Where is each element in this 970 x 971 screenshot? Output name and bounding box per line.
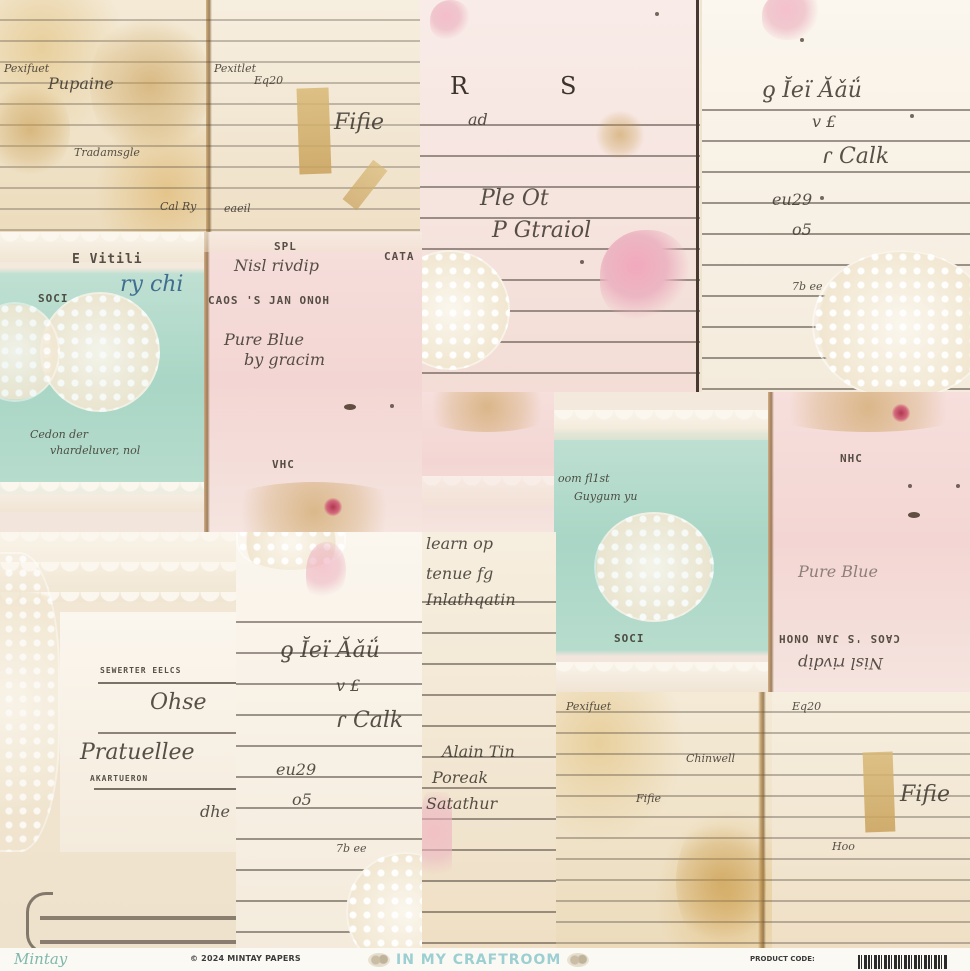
pink-label-left: SPL Nisl rivdip CAOS 'S JAN ONOH CATA Pu… — [204, 232, 422, 532]
collection-brand: IN MY CRAFTROOM — [368, 951, 589, 969]
product-footer: Mintay © 2024 MINTAY PAPERS IN MY CRAFTR… — [0, 948, 970, 971]
handwriting: Pure Blue — [224, 330, 304, 349]
stain — [768, 392, 970, 432]
form-rule — [40, 916, 236, 920]
mint-lace-center: SOCI oom fl1st Guygum yu — [554, 392, 768, 692]
ledger-strip-bottom-center: learn op tenue fg Inlathqatin Alain Tin … — [422, 532, 556, 948]
handwriting: v £ — [812, 112, 836, 131]
lace-trim — [0, 482, 204, 512]
card-subheading: AKARTUERON — [90, 774, 148, 783]
letter-script-top-right: ƍ Ĭeï Ӑǎǘ v £ ɾ Calk eu29 o5 7b ee — [702, 0, 970, 392]
pink-flower — [762, 0, 822, 40]
lace-trim — [422, 476, 554, 506]
handwriting: CAOS 'S JAN ONOH — [778, 632, 900, 645]
handwriting: SOCI — [614, 632, 645, 645]
card-line — [98, 682, 236, 684]
handwriting: ad — [468, 110, 488, 129]
handwriting: Eq20 — [792, 700, 821, 713]
pink-strip-center — [422, 392, 554, 532]
punch-hole — [344, 404, 356, 410]
handwriting: o5 — [292, 790, 312, 809]
form-rule — [40, 940, 236, 944]
bordered-card: SEWERTER EELCS Ohse Pratuellee AKARTUERO… — [60, 612, 236, 852]
bracket-glyph — [26, 892, 53, 948]
collection-name: IN MY CRAFTROOM — [396, 952, 561, 968]
handwriting: 7b ee — [792, 280, 823, 293]
ink-dot — [580, 260, 584, 264]
pink-label-right: NHC Pure Blue CAOS 'S JAN ONOH Nisl rivd… — [768, 392, 970, 692]
handwriting: Poreak — [432, 768, 488, 787]
pink-flower — [430, 0, 470, 40]
ink-dot — [908, 484, 912, 488]
handwriting: Pure Blue — [798, 562, 878, 581]
rose — [324, 498, 342, 516]
crease-line — [696, 0, 699, 392]
handwriting: P Gtraiol — [492, 218, 591, 243]
handwriting: oom fl1st — [558, 472, 610, 485]
handwriting: Alain Tin — [442, 742, 515, 761]
handwriting: o5 — [792, 220, 812, 239]
stain — [676, 812, 766, 948]
ink-dot — [956, 484, 960, 488]
handwriting: Nisl rivdip — [234, 256, 319, 275]
lace-flower — [594, 512, 714, 622]
scrapbook-paper-sheet: Pupaine Tradamsgle Pexifuet Cal Ry Eq20 … — [0, 0, 970, 948]
handwriting: Ple Ot — [480, 186, 549, 211]
ink-dot — [910, 114, 914, 118]
handwriting: by gracim — [244, 350, 325, 369]
handwriting: CATA — [384, 250, 415, 263]
stain — [422, 392, 554, 432]
handwriting: eaeil — [224, 202, 251, 215]
barcode-icon — [858, 955, 948, 969]
lace-frame-bottom-left: SEWERTER EELCS Ohse Pratuellee AKARTUERO… — [0, 532, 236, 948]
handwriting: Pexifuet — [4, 62, 49, 75]
ledger-bottom-center-right: Pexifuet Fifie Chinwell — [556, 692, 772, 948]
ledger-top-middle: Eq20 Pexitlet Fifie eaeil — [206, 0, 422, 240]
handwriting: dhe — [200, 802, 230, 821]
handwriting: Pupaine — [48, 74, 114, 93]
mintay-logo: Mintay — [14, 950, 67, 968]
mint-lace-left: SOCI E Vitili ry chi Cedon der vhardeluv… — [0, 232, 204, 532]
handwriting: Fifie — [636, 792, 661, 805]
handwriting: ƍ Ĭeï Ӑǎǘ — [280, 638, 380, 663]
ink-dot — [800, 38, 804, 42]
handwriting: Pratuellee — [80, 740, 195, 765]
handwriting: VHC — [272, 458, 295, 471]
handwriting: Fifie — [900, 782, 950, 807]
lace-trim — [204, 232, 422, 252]
flower-icon — [368, 953, 390, 967]
tape-strip — [863, 752, 896, 833]
handwriting: ɾ Calk — [822, 144, 889, 169]
product-code-label: PRODUCT CODE: — [750, 955, 815, 963]
handwriting: NHC — [840, 452, 863, 465]
handwriting: ry chi — [120, 272, 183, 297]
handwriting: Pexifuet — [566, 700, 611, 713]
stain — [595, 110, 645, 160]
letter-r-panel: R S ad Ple Ot P Gtraiol — [420, 0, 700, 392]
handwriting: Cal Ry — [160, 200, 196, 213]
stained-edge — [204, 232, 210, 532]
flower-icon — [567, 953, 589, 967]
letter-s: S — [560, 72, 576, 100]
handwriting: Pexitlet — [214, 62, 256, 75]
handwriting: ɾ Calk — [336, 708, 403, 733]
punch-hole — [908, 512, 920, 518]
handwriting: Inlathqatin — [426, 590, 516, 609]
handwriting: Cedon der — [30, 428, 88, 441]
lace-trim — [554, 662, 768, 692]
card-heading: SEWERTER EELCS — [100, 666, 181, 675]
handwriting: CAOS 'S JAN ONOH — [208, 294, 330, 307]
rose — [892, 404, 910, 422]
copyright-text: © 2024 MINTAY PAPERS — [190, 954, 301, 963]
handwriting: SPL — [274, 240, 297, 253]
handwriting: learn op — [426, 534, 493, 553]
handwriting: vhardeluver, nol — [50, 444, 140, 457]
handwriting: Ohse — [150, 690, 207, 715]
ink-dot — [820, 196, 824, 200]
handwriting: Chinwell — [686, 752, 735, 765]
stained-edge — [768, 392, 774, 692]
card-line — [98, 732, 236, 734]
handwriting: eu29 — [772, 190, 812, 209]
ledger-top-left: Pupaine Tradamsgle Pexifuet Cal Ry — [0, 0, 208, 240]
handwriting: Eq20 — [254, 74, 283, 87]
handwriting: eu29 — [276, 760, 316, 779]
handwriting: Tradamsgle — [74, 146, 140, 159]
lace-border — [0, 552, 60, 852]
ink-dot — [655, 12, 659, 16]
handwriting: SOCI — [38, 292, 69, 305]
tape-strip — [297, 87, 332, 174]
stain — [214, 482, 414, 532]
letter-script-bottom: ƍ Ĭeï Ӑǎǘ v £ ɾ Calk eu29 o5 7b ee — [236, 532, 422, 948]
handwriting: ƍ Ĭeï Ӑǎǘ — [762, 78, 862, 103]
handwriting: Nisl rivdip — [798, 654, 883, 673]
handwriting: Hoo — [832, 840, 855, 853]
letter-r: R — [450, 72, 468, 100]
lace-trim — [554, 410, 768, 440]
handwriting: tenue fg — [426, 564, 493, 583]
handwriting: Fifie — [334, 110, 384, 135]
ledger-bottom-right: Eq20 Fifie Hoo — [772, 692, 970, 948]
handwriting: E Vitili — [72, 252, 143, 267]
handwriting: v £ — [336, 676, 360, 695]
handwriting: 7b ee — [336, 842, 367, 855]
card-line — [94, 788, 236, 790]
handwriting: Satathur — [426, 794, 497, 813]
ink-dot — [390, 404, 394, 408]
handwriting: Guygum yu — [574, 490, 637, 503]
